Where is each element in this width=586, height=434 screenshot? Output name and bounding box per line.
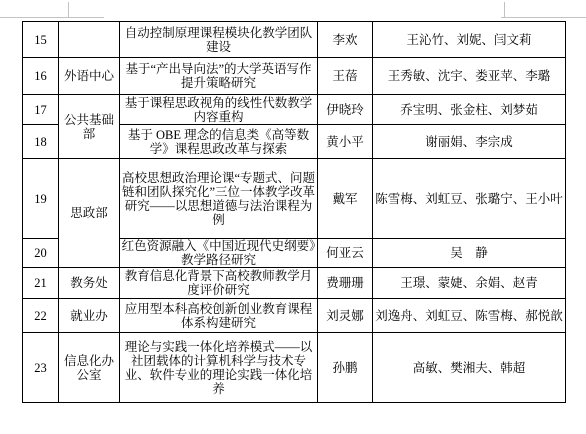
margin-crop-mark-right-vertical (504, 2, 505, 18)
members-cell: 乔宝明、张金柱、刘梦茹 (373, 95, 566, 125)
row-number-cell: 18 (23, 125, 59, 159)
leader-cell: 何亚云 (318, 239, 373, 268)
leader-cell: 李欢 (318, 22, 373, 58)
table-row: 23 信息化办公室 理论与实践一体化培养模式——以社团载体的计算机科学与技术专业… (23, 333, 566, 403)
leader-cell: 伊晓玲 (318, 95, 373, 125)
department-cell: 信息化办公室 (59, 333, 120, 403)
project-title-cell: 红色资源融入《中国近现代史纲要》教学路径研究 (120, 239, 318, 268)
row-number-cell: 17 (23, 95, 59, 125)
members-cell: 王璟、蒙婕、余娟、赵青 (373, 268, 566, 299)
project-title-cell: 基于课程思政视角的线性代数教学内容重构 (120, 95, 318, 125)
department-cell: 思政部 (59, 159, 120, 268)
department-cell (59, 22, 120, 58)
project-title-cell: 应用型本科高校创新创业教育课程体系构建研究 (120, 299, 318, 333)
leader-cell: 王蓓 (318, 58, 373, 95)
department-cell: 就业办 (59, 299, 120, 333)
leader-cell: 黄小平 (318, 125, 373, 159)
project-title-cell: 基于 OBE 理念的信息类《高等数学》课程思政改革与探索 (120, 125, 318, 159)
row-number-cell: 16 (23, 58, 59, 95)
table-row: 17 公共基础部 基于课程思政视角的线性代数教学内容重构 伊晓玲 乔宝明、张金柱… (23, 95, 566, 125)
table-row: 15 自动控制原理课程模块化教学团队建设 李欢 王沁竹、刘妮、闫文莉 (23, 22, 566, 58)
project-title-cell: 高校思想政治理论课“专题式、问题链和团队探究化”三位一体教学改革研究——以思想道… (120, 159, 318, 239)
members-cell: 王沁竹、刘妮、闫文莉 (373, 22, 566, 58)
members-cell: 高敏、樊湘夫、韩超 (373, 333, 566, 403)
margin-crop-mark-left-vertical (68, 2, 69, 18)
leader-cell: 戴军 (318, 159, 373, 239)
margin-crop-mark-left-horizontal (0, 17, 104, 18)
project-approval-table: 15 自动控制原理课程模块化教学团队建设 李欢 王沁竹、刘妮、闫文莉 16 外语… (22, 21, 566, 403)
members-cell: 王秀敏、沈宇、娄亚苹、李璐 (373, 58, 566, 95)
department-cell: 外语中心 (59, 58, 120, 95)
members-cell: 陈雪梅、刘虹豆、张璐宁、王小叶 (373, 159, 566, 239)
members-cell: 吴 静 (373, 239, 566, 268)
row-number-cell: 22 (23, 299, 59, 333)
leader-cell: 费珊珊 (318, 268, 373, 299)
leader-cell: 刘灵娜 (318, 299, 373, 333)
row-number-cell: 20 (23, 239, 59, 268)
table-row: 19 思政部 高校思想政治理论课“专题式、问题链和团队探究化”三位一体教学改革研… (23, 159, 566, 239)
project-title-cell: 教育信息化背景下高校教师教学月度评价研究 (120, 268, 318, 299)
members-cell: 刘逸舟、刘虹豆、陈雪梅、郝悦歆 (373, 299, 566, 333)
table-row: 21 教务处 教育信息化背景下高校教师教学月度评价研究 费珊珊 王璟、蒙婕、余娟… (23, 268, 566, 299)
margin-crop-mark-right-horizontal (501, 17, 586, 18)
row-number-cell: 15 (23, 22, 59, 58)
project-title-cell: 理论与实践一体化培养模式——以社团载体的计算机科学与技术专业、软件专业的理论实践… (120, 333, 318, 403)
department-cell: 教务处 (59, 268, 120, 299)
table-row: 16 外语中心 基于“产出导向法”的大学英语写作提升策略研究 王蓓 王秀敏、沈宇… (23, 58, 566, 95)
project-title-cell: 自动控制原理课程模块化教学团队建设 (120, 22, 318, 58)
leader-cell: 孙鹏 (318, 333, 373, 403)
project-title-cell: 基于“产出导向法”的大学英语写作提升策略研究 (120, 58, 318, 95)
table-row: 22 就业办 应用型本科高校创新创业教育课程体系构建研究 刘灵娜 刘逸舟、刘虹豆… (23, 299, 566, 333)
row-number-cell: 19 (23, 159, 59, 239)
row-number-cell: 23 (23, 333, 59, 403)
department-cell: 公共基础部 (59, 95, 120, 159)
members-cell: 谢丽娟、李宗成 (373, 125, 566, 159)
row-number-cell: 21 (23, 268, 59, 299)
